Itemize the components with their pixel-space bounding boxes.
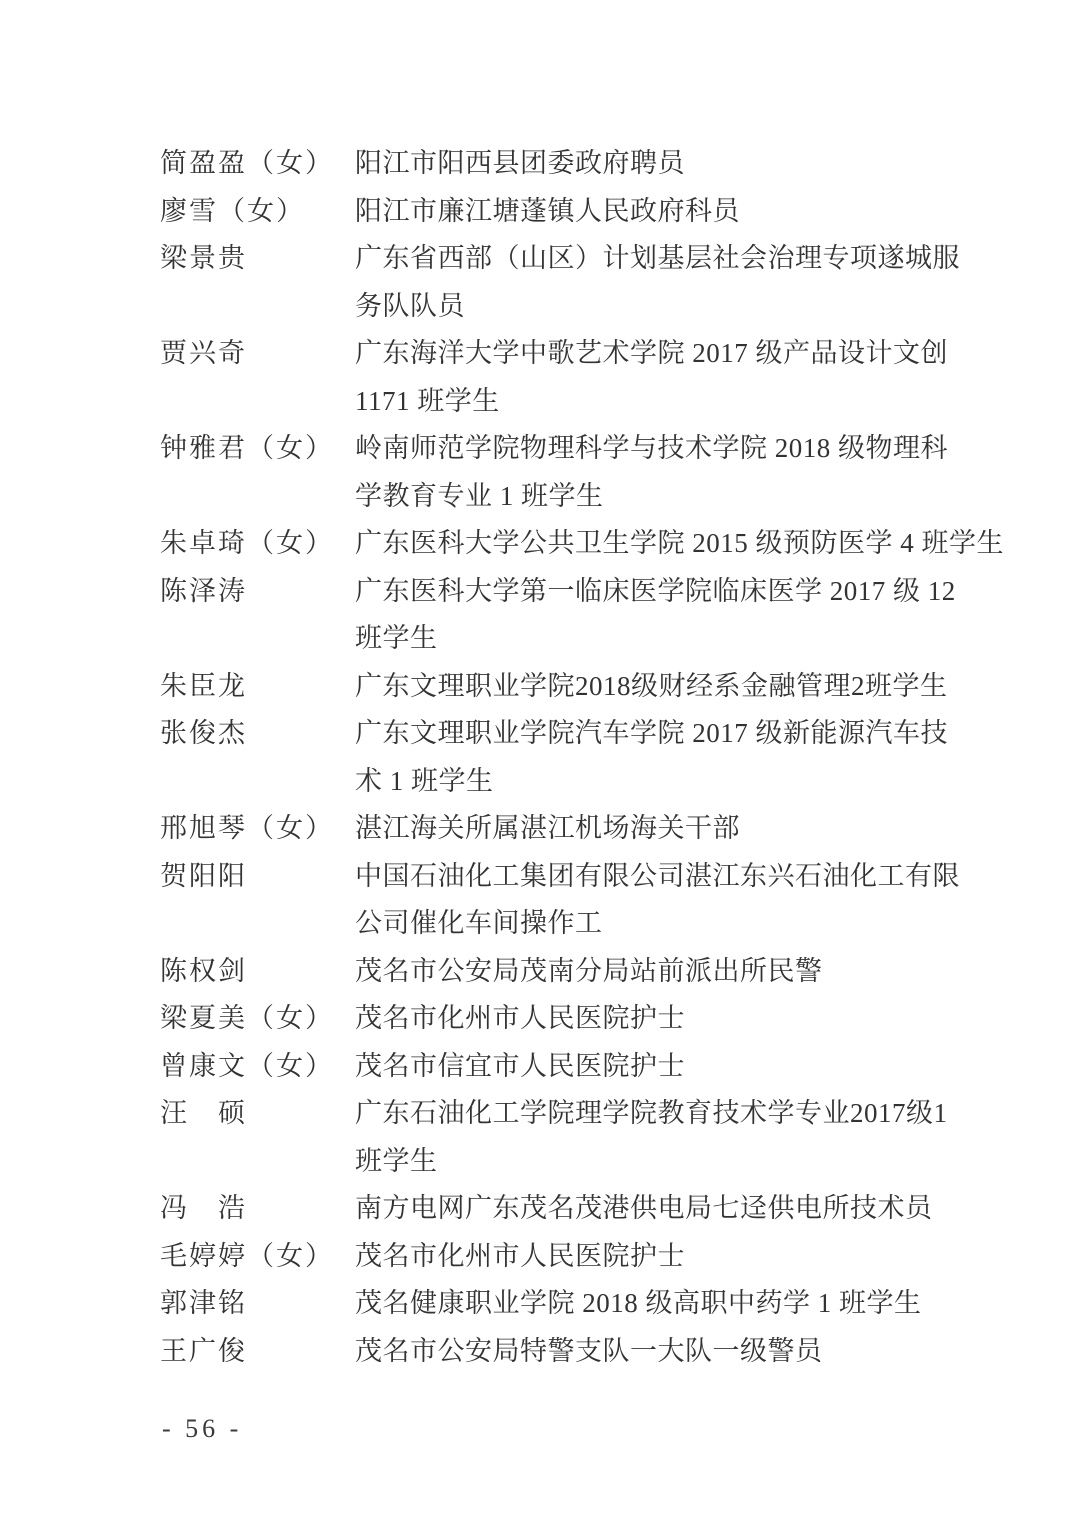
position-line: 1171 班学生 xyxy=(355,378,960,426)
recipient-row: 汪 硕 广东石油化工学院理学院教育技术学专业2017级1班学生 xyxy=(160,1090,960,1185)
recipient-row: 郭津铭 茂名健康职业学院 2018 级高职中药学 1 班学生 xyxy=(160,1280,960,1328)
recipient-name: 廖雪（女） xyxy=(160,188,355,236)
position-line: 茂名市化州市人民医院护士 xyxy=(355,995,960,1043)
position-line: 茂名健康职业学院 2018 级高职中药学 1 班学生 xyxy=(355,1280,960,1328)
recipient-row: 冯 浩 南方电网广东茂名茂港供电局七迳供电所技术员 xyxy=(160,1185,960,1233)
recipient-name: 梁夏美（女） xyxy=(160,995,355,1043)
recipient-position: 南方电网广东茂名茂港供电局七迳供电所技术员 xyxy=(355,1185,960,1233)
recipient-name: 朱臣龙 xyxy=(160,663,355,711)
recipient-name: 陈泽涛 xyxy=(160,568,355,616)
position-line: 广东石油化工学院理学院教育技术学专业2017级1 xyxy=(355,1090,960,1138)
position-line: 湛江海关所属湛江机场海关干部 xyxy=(355,805,960,853)
recipient-position: 茂名市化州市人民医院护士 xyxy=(355,1233,960,1281)
recipient-row: 陈权剑 茂名市公安局茂南分局站前派出所民警 xyxy=(160,948,960,996)
recipient-position: 茂名健康职业学院 2018 级高职中药学 1 班学生 xyxy=(355,1280,960,1328)
recipient-position: 阳江市阳西县团委政府聘员 xyxy=(355,140,960,188)
recipient-position: 广东文理职业学院汽车学院 2017 级新能源汽车技术 1 班学生 xyxy=(355,710,960,805)
recipient-list: 简盈盈（女） 阳江市阳西县团委政府聘员 廖雪（女） 阳江市廉江塘蓬镇人民政府科员… xyxy=(160,140,960,1375)
document-page: 简盈盈（女） 阳江市阳西县团委政府聘员 廖雪（女） 阳江市廉江塘蓬镇人民政府科员… xyxy=(0,0,1080,1527)
recipient-position: 广东海洋大学中歌艺术学院 2017 级产品设计文创1171 班学生 xyxy=(355,330,960,425)
recipient-position: 广东省西部（山区）计划基层社会治理专项遂城服务队队员 xyxy=(355,235,960,330)
recipient-name: 贺阳阳 xyxy=(160,853,355,901)
recipient-row: 梁景贵 广东省西部（山区）计划基层社会治理专项遂城服务队队员 xyxy=(160,235,960,330)
position-line: 广东海洋大学中歌艺术学院 2017 级产品设计文创 xyxy=(355,330,960,378)
recipient-position: 广东医科大学公共卫生学院 2015 级预防医学 4 班学生 xyxy=(355,520,960,568)
recipient-name: 郭津铭 xyxy=(160,1280,355,1328)
recipient-row: 张俊杰 广东文理职业学院汽车学院 2017 级新能源汽车技术 1 班学生 xyxy=(160,710,960,805)
recipient-name: 曾康文（女） xyxy=(160,1043,355,1091)
recipient-row: 毛婷婷（女） 茂名市化州市人民医院护士 xyxy=(160,1233,960,1281)
recipient-position: 广东医科大学第一临床医学院临床医学 2017 级 12班学生 xyxy=(355,568,960,663)
recipient-name: 毛婷婷（女） xyxy=(160,1233,355,1281)
recipient-name: 王广俊 xyxy=(160,1328,355,1376)
recipient-position: 茂名市化州市人民医院护士 xyxy=(355,995,960,1043)
recipient-name: 朱卓琦（女） xyxy=(160,520,355,568)
position-line: 茂名市公安局特警支队一大队一级警员 xyxy=(355,1328,960,1376)
position-line: 广东医科大学第一临床医学院临床医学 2017 级 12 xyxy=(355,568,960,616)
position-line: 广东医科大学公共卫生学院 2015 级预防医学 4 班学生 xyxy=(355,520,960,568)
recipient-name: 钟雅君（女） xyxy=(160,425,355,473)
recipient-position: 广东文理职业学院2018级财经系金融管理2班学生 xyxy=(355,663,960,711)
recipient-row: 梁夏美（女） 茂名市化州市人民医院护士 xyxy=(160,995,960,1043)
position-line: 公司催化车间操作工 xyxy=(355,900,960,948)
recipient-row: 曾康文（女） 茂名市信宜市人民医院护士 xyxy=(160,1043,960,1091)
recipient-name: 贾兴奇 xyxy=(160,330,355,378)
recipient-row: 钟雅君（女） 岭南师范学院物理科学与技术学院 2018 级物理科学教育专业 1 … xyxy=(160,425,960,520)
position-line: 广东文理职业学院2018级财经系金融管理2班学生 xyxy=(355,663,960,711)
position-line: 茂名市化州市人民医院护士 xyxy=(355,1233,960,1281)
recipient-position: 茂名市公安局茂南分局站前派出所民警 xyxy=(355,948,960,996)
position-line: 茂名市信宜市人民医院护士 xyxy=(355,1043,960,1091)
recipient-position: 中国石油化工集团有限公司湛江东兴石油化工有限公司催化车间操作工 xyxy=(355,853,960,948)
recipient-name: 邢旭琴（女） xyxy=(160,805,355,853)
recipient-name: 梁景贵 xyxy=(160,235,355,283)
position-line: 茂名市公安局茂南分局站前派出所民警 xyxy=(355,948,960,996)
recipient-name: 冯 浩 xyxy=(160,1185,355,1233)
position-line: 广东文理职业学院汽车学院 2017 级新能源汽车技 xyxy=(355,710,960,758)
recipient-position: 岭南师范学院物理科学与技术学院 2018 级物理科学教育专业 1 班学生 xyxy=(355,425,960,520)
recipient-row: 贺阳阳 中国石油化工集团有限公司湛江东兴石油化工有限公司催化车间操作工 xyxy=(160,853,960,948)
recipient-name: 汪 硕 xyxy=(160,1090,355,1138)
position-line: 班学生 xyxy=(355,1138,960,1186)
recipient-position: 茂名市信宜市人民医院护士 xyxy=(355,1043,960,1091)
position-line: 术 1 班学生 xyxy=(355,758,960,806)
position-line: 学教育专业 1 班学生 xyxy=(355,473,960,521)
recipient-position: 茂名市公安局特警支队一大队一级警员 xyxy=(355,1328,960,1376)
recipient-row: 邢旭琴（女） 湛江海关所属湛江机场海关干部 xyxy=(160,805,960,853)
recipient-row: 廖雪（女） 阳江市廉江塘蓬镇人民政府科员 xyxy=(160,188,960,236)
recipient-row: 王广俊 茂名市公安局特警支队一大队一级警员 xyxy=(160,1328,960,1376)
position-line: 阳江市阳西县团委政府聘员 xyxy=(355,140,960,188)
recipient-row: 简盈盈（女） 阳江市阳西县团委政府聘员 xyxy=(160,140,960,188)
position-line: 务队队员 xyxy=(355,283,960,331)
position-line: 中国石油化工集团有限公司湛江东兴石油化工有限 xyxy=(355,853,960,901)
recipient-row: 贾兴奇 广东海洋大学中歌艺术学院 2017 级产品设计文创1171 班学生 xyxy=(160,330,960,425)
position-line: 班学生 xyxy=(355,615,960,663)
recipient-row: 朱卓琦（女） 广东医科大学公共卫生学院 2015 级预防医学 4 班学生 xyxy=(160,520,960,568)
recipient-position: 湛江海关所属湛江机场海关干部 xyxy=(355,805,960,853)
page-number: - 56 - xyxy=(162,1412,242,1446)
recipient-row: 朱臣龙 广东文理职业学院2018级财经系金融管理2班学生 xyxy=(160,663,960,711)
recipient-row: 陈泽涛 广东医科大学第一临床医学院临床医学 2017 级 12班学生 xyxy=(160,568,960,663)
position-line: 阳江市廉江塘蓬镇人民政府科员 xyxy=(355,188,960,236)
position-line: 南方电网广东茂名茂港供电局七迳供电所技术员 xyxy=(355,1185,960,1233)
recipient-name: 陈权剑 xyxy=(160,948,355,996)
recipient-position: 阳江市廉江塘蓬镇人民政府科员 xyxy=(355,188,960,236)
recipient-name: 简盈盈（女） xyxy=(160,140,355,188)
recipient-position: 广东石油化工学院理学院教育技术学专业2017级1班学生 xyxy=(355,1090,960,1185)
position-line: 岭南师范学院物理科学与技术学院 2018 级物理科 xyxy=(355,425,960,473)
position-line: 广东省西部（山区）计划基层社会治理专项遂城服 xyxy=(355,235,960,283)
recipient-name: 张俊杰 xyxy=(160,710,355,758)
